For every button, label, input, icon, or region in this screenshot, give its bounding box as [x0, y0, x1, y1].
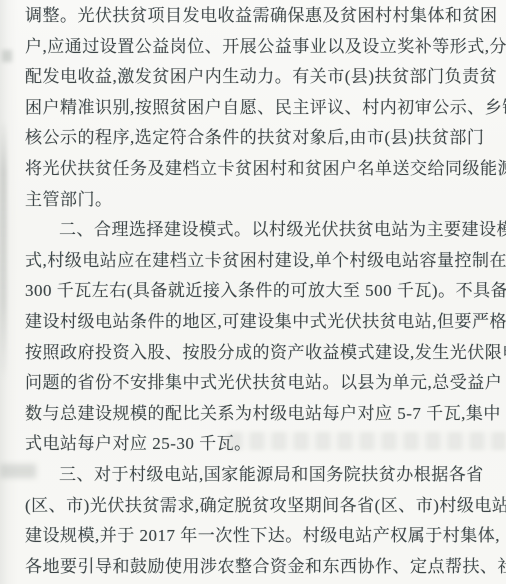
scan-artifact-left-edge — [0, 120, 7, 380]
text-line: 困户精准识别,按照贫困户自愿、民主评议、村内初审公示、乡镇审 — [25, 93, 481, 124]
text-line-paragraph-end: 式电站每户对应 25-30 千瓦。 — [25, 429, 481, 460]
text-line-section-3-start: 三、对于村级电站,国家能源局和国务院扶贫办根据各省 — [25, 460, 481, 491]
text-line: 核公示的程序,选定符合条件的扶贫对象后,由市(县)扶贫部门 — [25, 123, 481, 154]
text-line: 300 千瓦左右(具备就近接入条件的可放大至 500 千瓦)。不具备 — [25, 276, 481, 307]
document-page: 调整。光伏扶贫项目发电收益需确保惠及贫困村村集体和贫困 户,应通过设置公益岗位、… — [0, 0, 506, 584]
text-line: 建设村级电站条件的地区,可建设集中式光伏扶贫电站,但要严格 — [25, 307, 481, 338]
text-line-section-2-start: 二、合理选择建设模式。以村级光伏扶贫电站为主要建设模 — [25, 215, 481, 246]
text-line: 将光伏扶贫任务及建档立卡贫困村和贫困户名单送交给同级能源 — [25, 154, 481, 185]
body-text: 调整。光伏扶贫项目发电收益需确保惠及贫困村村集体和贫困 户,应通过设置公益岗位、… — [25, 1, 481, 582]
text-line: 问题的省份不安排集中式光伏扶贫电站。以县为单元,总受益户 — [25, 368, 481, 399]
text-line: 户,应通过设置公益岗位、开展公益事业以及设立奖补等形式,分 — [25, 32, 481, 63]
text-line: 调整。光伏扶贫项目发电收益需确保惠及贫困村村集体和贫困 — [25, 1, 481, 32]
text-line: 各地要引导和鼓励使用涉农整合资金和东西协作、定点帮扶、社会 — [25, 552, 481, 583]
text-line: 数与总建设规模的配比关系为村级电站每户对应 5-7 千瓦,集中 — [25, 399, 481, 430]
text-line-paragraph-end: 主管部门。 — [25, 185, 481, 216]
text-line: 按照政府投资入股、按股分成的资产收益模式建设,发生光伏限电 — [25, 338, 481, 369]
text-line: (区、市)光伏扶贫需求,确定脱贫攻坚期间各省(区、市)村级电站 — [25, 491, 481, 522]
text-line: 建设规模,并于 2017 年一次性下达。村级电站产权属于村集体, — [25, 521, 481, 552]
text-line: 配发电收益,激发贫困户内生动力。有关市(县)扶贫部门负责贫 — [25, 62, 481, 93]
scan-artifact-smudge-top — [2, 50, 12, 62]
text-line: 式,村级电站应在建档立卡贫困村建设,单个村级电站容量控制在 — [25, 246, 481, 277]
